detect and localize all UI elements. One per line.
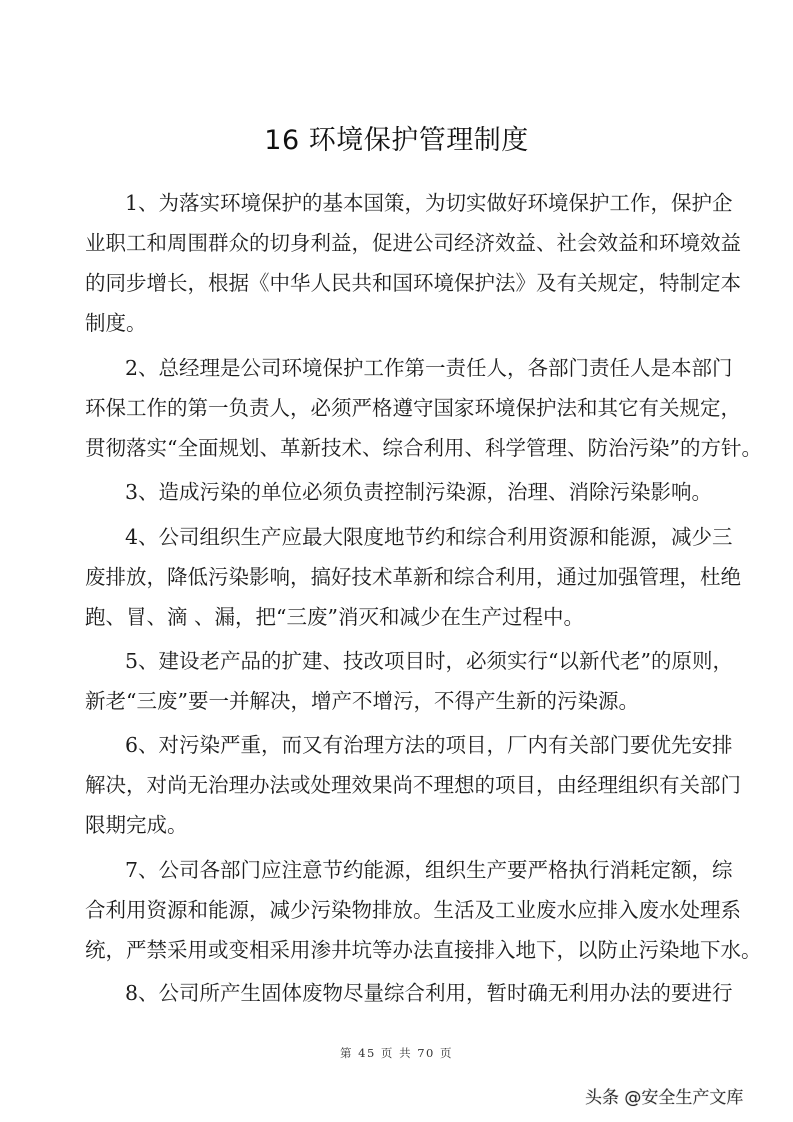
body-text-line: 6、对污染严重，而又有治理方法的项目，厂内有关部门要优先安排 [125, 730, 719, 760]
body-text-line: 限期完成。 [85, 810, 719, 840]
body-text-line: 3、造成污染的单位必须负责控制污染源，治理、消除污染影响。 [125, 477, 719, 507]
page-title: 16 环境保护管理制度 [0, 118, 793, 157]
body-text-line: 4、公司组织生产应最大限度地节约和综合利用资源和能源，减少三 [125, 522, 719, 552]
body-text-line: 1、为落实环境保护的基本国策，为切实做好环境保护工作，保护企 [125, 188, 719, 218]
body-text-line: 解决，对尚无治理办法或处理效果尚不理想的项目，由经理组织有关部门 [85, 770, 719, 800]
body-text-line: 的同步增长，根据《中华人民共和国环境保护法》及有关规定，特制定本 [85, 268, 719, 298]
body-text-line: 2、总经理是公司环境保护工作第一责任人，各部门责任人是本部门 [125, 353, 719, 383]
body-text-line: 跑、冒、滴 、漏，把“三废”消灭和减少在生产过程中。 [85, 602, 719, 632]
body-text-line: 环保工作的第一负责人，必须严格遵守国家环境保护法和其它有关规定， [85, 393, 719, 423]
body-text-line: 制度。 [85, 308, 719, 338]
body-text-line: 7、公司各部门应注意节约能源，组织生产要严格执行消耗定额，综 [125, 855, 719, 885]
body-text-line: 合利用资源和能源，减少污染物排放。生活及工业废水应排入废水处理系 [85, 895, 719, 925]
body-text-line: 5、建设老产品的扩建、技改项目时，必须实行“以新代老”的原则， [125, 646, 719, 676]
body-text-line: 统，严禁采用或变相采用渗井坑等办法直接排入地下，以防止污染地下水。 [85, 935, 719, 965]
body-text-line: 新老“三废”要一并解决，增产不增污，不得产生新的污染源。 [85, 686, 719, 716]
body-text-line: 废排放，降低污染影响，搞好技术革新和综合利用，通过加强管理，杜绝 [85, 562, 719, 592]
page-number-footer: 第 45 页 共 70 页 [0, 1045, 793, 1061]
body-text-line: 业职工和周围群众的切身利益，促进公司经济效益、社会效益和环境效益 [85, 228, 719, 258]
body-text-line: 贯彻落实“全面规划、革新技术、综合利用、科学管理、防治污染”的方针。 [85, 433, 719, 463]
body-text-line: 8、公司所产生固体废物尽量综合利用，暂时确无利用办法的要进行 [125, 978, 719, 1008]
source-watermark: 头条 @安全生产文库 [585, 1083, 743, 1108]
